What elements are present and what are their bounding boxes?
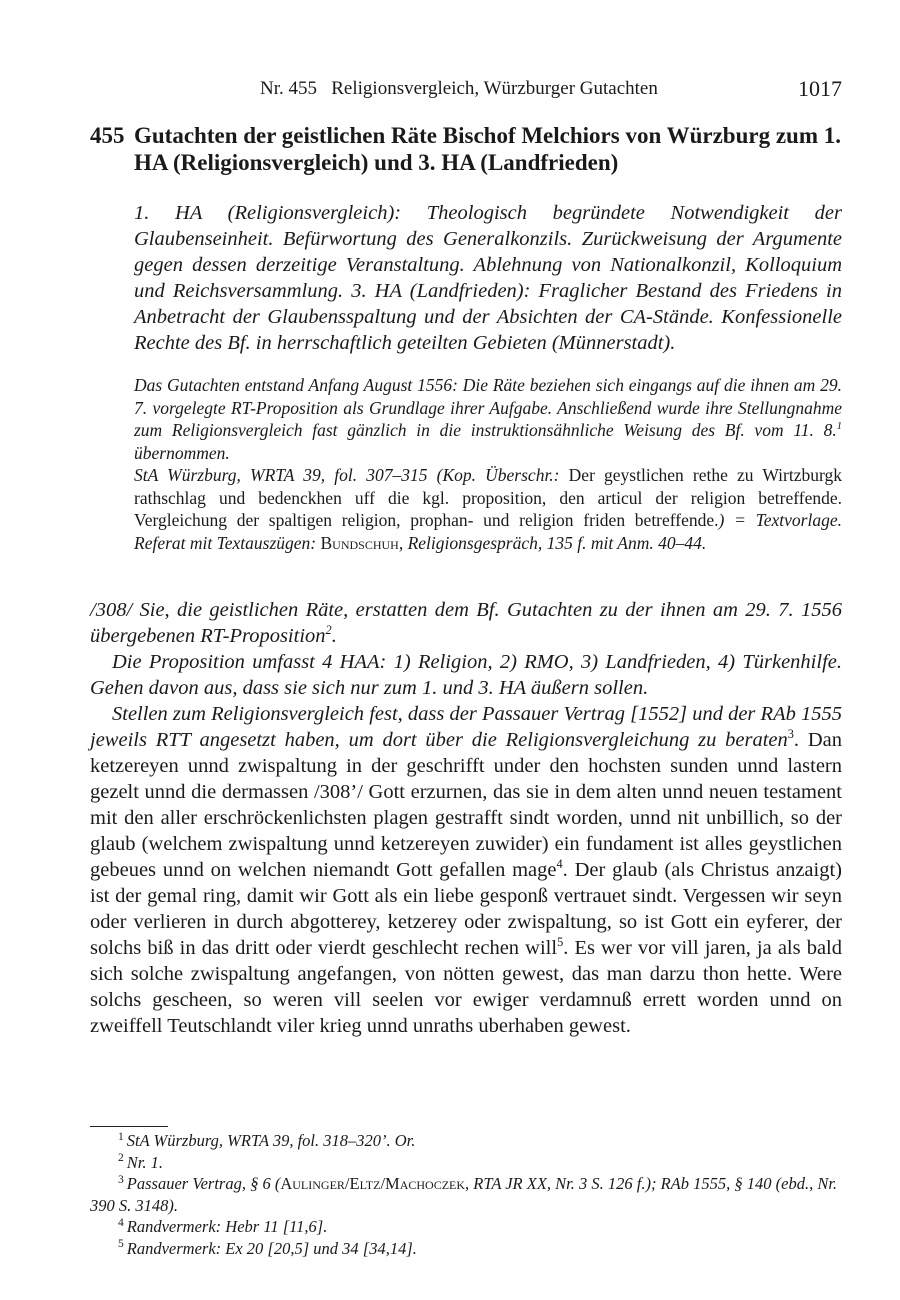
footnote-text: StA Würzburg, WRTA 39, fol. 318–320’. Or… [127, 1131, 416, 1150]
body-paragraph-1: /308/ Sie, die geistlichen Räte, erstatt… [90, 597, 842, 649]
footnote-mark: 4 [118, 1217, 124, 1229]
footnotes: 1StA Würzburg, WRTA 39, fol. 318–320’. O… [90, 1130, 842, 1259]
footnote-mark: 1 [118, 1131, 124, 1143]
running-head: Nr. 455 Religionsvergleich, Würzburger G… [90, 78, 842, 104]
footnote-divider [90, 1126, 168, 1127]
paragraph-summary: Stellen zum Religionsvergleich fest, das… [90, 703, 842, 751]
paragraph-text: /308/ Sie, die geistlichen Räte, erstatt… [90, 599, 842, 647]
body-paragraph-2: Die Proposition umfasst 4 HAA: 1) Religi… [90, 649, 842, 701]
editorial-note-source: StA Würzburg, WRTA 39, fol. 307–315 (Kop… [134, 464, 842, 554]
footnote-4: 4Randvermerk: Hebr 11 [11,6]. [90, 1216, 842, 1238]
footnote-text: Randvermerk: Hebr 11 [11,6]. [127, 1217, 328, 1236]
footnote-mark: 5 [118, 1238, 124, 1250]
abstract: 1. HA (Religionsvergleich): Theologisch … [134, 200, 842, 356]
page-number: 1017 [798, 76, 842, 102]
footnote-3: 3Passauer Vertrag, § 6 (Aulinger/Eltz/Ma… [90, 1173, 842, 1216]
source-end: , Religionsgespräch, 135 f. mit Anm. 40–… [399, 533, 706, 553]
footnote-2: 2Nr. 1. [90, 1152, 842, 1174]
dating-text: Das Gutachten entstand Anfang August 155… [134, 375, 842, 440]
author-name: Bundschuh [320, 533, 398, 553]
editorial-note: Das Gutachten entstand Anfang August 155… [134, 374, 842, 554]
dating-text-end: übernommen. [134, 443, 230, 463]
source-citation: StA Würzburg, WRTA 39, fol. 307–315 (Kop… [134, 465, 560, 485]
footnote-ref[interactable]: 1 [837, 421, 842, 432]
footnote-mark: 3 [118, 1174, 124, 1186]
footnote-text: Nr. 1. [127, 1153, 163, 1172]
document-heading: 455 Gutachten der geistlichen Räte Bisch… [90, 122, 842, 176]
footnote-text: Randvermerk: Ex 20 [20,5] und 34 [34,14]… [127, 1239, 417, 1258]
running-head-title: Nr. 455 Religionsvergleich, Würzburger G… [260, 78, 658, 100]
document-title: Gutachten der geistlichen Räte Bischof M… [134, 122, 842, 176]
footnote-1: 1StA Würzburg, WRTA 39, fol. 318–320’. O… [90, 1130, 842, 1152]
main-text: /308/ Sie, die geistlichen Räte, erstatt… [90, 597, 842, 1039]
footnote-authors: Aulinger/Eltz/Machoczek [280, 1174, 465, 1193]
footnote-5: 5Randvermerk: Ex 20 [20,5] und 34 [34,14… [90, 1238, 842, 1260]
footnote-text: Passauer Vertrag, § 6 ( [127, 1174, 281, 1193]
paragraph-text: . [332, 625, 337, 647]
document-number: 455 [90, 122, 125, 149]
body-paragraph-3: Stellen zum Religionsvergleich fest, das… [90, 701, 842, 1039]
editorial-note-dating: Das Gutachten entstand Anfang August 155… [134, 374, 842, 464]
footnote-mark: 2 [118, 1152, 124, 1164]
